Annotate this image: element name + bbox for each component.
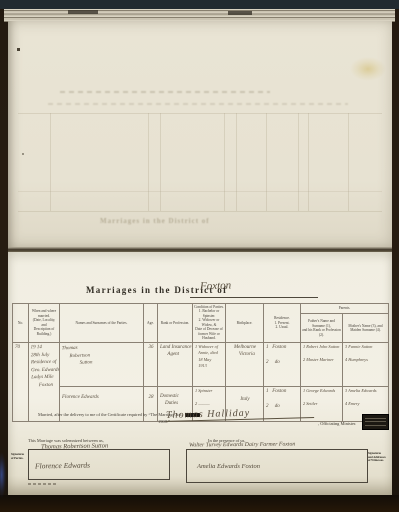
witnesses-signature-box: Walter Turvey Edwards Dairy Farmer Foxto… <box>186 449 368 483</box>
col-header-age: Age. <box>144 304 158 343</box>
col-header-rank: Rank or Profession. <box>158 304 193 343</box>
show-through-text <box>60 91 270 93</box>
col-header-parents: Parents. <box>301 304 389 314</box>
cell-when-where: 19 14 28th July Residence of Geo. Edward… <box>29 342 60 421</box>
party-signature-bride: Florence Edwards <box>35 461 90 471</box>
cell-groom-rank: Land Insurance Agent <box>158 342 193 386</box>
register-form-page: Marriages in the District of Foxton No. … <box>8 252 392 495</box>
ink-speck <box>17 48 20 51</box>
page-stack-notch <box>228 11 252 15</box>
show-through-rule <box>236 113 237 211</box>
col-header-names: Names and Surnames of the Parties. <box>60 304 144 343</box>
witness-signature-2: Amelia Edwards Foxton <box>197 463 260 470</box>
witnesses-box-side-label: Signatures and Addresses of Witnesses. <box>368 452 389 463</box>
col-header-mother: Mother's Name (3), and Maiden Surname (4… <box>343 314 389 343</box>
blue-ink-smudge <box>0 452 8 498</box>
cell-groom-birthplace: Melbourne Victoria <box>226 342 264 386</box>
minister-title-label: , Officiating Minister. <box>318 421 356 426</box>
marriage-register-table: No. When and where married. (Date, Local… <box>12 303 389 422</box>
district-name-handwritten: Foxton <box>200 279 232 292</box>
cell-groom-name: Thomas Robertson Sutton <box>60 342 144 386</box>
cell-entry-no: 70 <box>13 342 29 421</box>
cell-groom-condition: 1 Widower of Annie, died 18 May 1913 <box>193 342 226 386</box>
show-through-title: Marriages in the District of <box>100 217 210 225</box>
book-top-edge <box>0 0 399 9</box>
cell-groom-father: 1 Robert John Sutton 2 Master Mariner <box>301 342 343 386</box>
show-through-rule <box>308 113 309 211</box>
col-header-no: No. <box>13 304 29 343</box>
fine-print <box>28 483 58 485</box>
cell-groom-mother: 3 Fannie Sutton 4 Humphreys <box>343 342 389 386</box>
page-stack-notch <box>68 10 98 14</box>
cell-groom-residence: 1 Foxton 2 do <box>264 342 301 386</box>
show-through-rule <box>298 113 299 211</box>
col-header-when-where: When and where married. (Date, Locality,… <box>29 304 60 343</box>
party-signature-groom: Thomas Robertson Sutton <box>41 442 108 450</box>
show-through-rule <box>160 113 161 211</box>
page-stain <box>350 57 386 81</box>
show-through-rule <box>18 191 382 192</box>
col-header-father: Father's Name and Surname (1), and his R… <box>301 314 343 343</box>
stamp-box <box>362 414 389 430</box>
show-through-rule <box>266 113 267 211</box>
show-through-rule <box>348 113 349 211</box>
parties-signature-box: Thomas Robertson Sutton Florence Edwards <box>28 449 170 480</box>
ink-speck <box>22 153 24 155</box>
book-bottom-edge <box>0 495 399 512</box>
col-header-residence: Residence. 1. Present. 2. Usual. <box>264 304 301 343</box>
parties-box-side-label: Signatures of Parties. <box>11 453 26 460</box>
blank-verso-page: Marriages in the District of <box>8 21 392 247</box>
show-through-text <box>48 103 348 105</box>
district-underline <box>190 297 318 298</box>
scanned-register-book: Marriages in the District of Marriages i… <box>0 0 399 512</box>
cell-groom-age: 36 <box>144 342 158 386</box>
show-through-rule <box>18 211 382 212</box>
show-through-rule <box>18 113 382 114</box>
col-header-birthplace: Birthplace. <box>226 304 264 343</box>
show-through-rule <box>50 113 51 211</box>
witness-signature-1: Walter Turvey Edwards Dairy Farmer Foxto… <box>189 442 295 449</box>
col-header-condition: Condition of Parties. 1. Bachelor or Spi… <box>193 304 226 343</box>
show-through-rule <box>148 113 149 211</box>
show-through-rule <box>224 113 225 211</box>
